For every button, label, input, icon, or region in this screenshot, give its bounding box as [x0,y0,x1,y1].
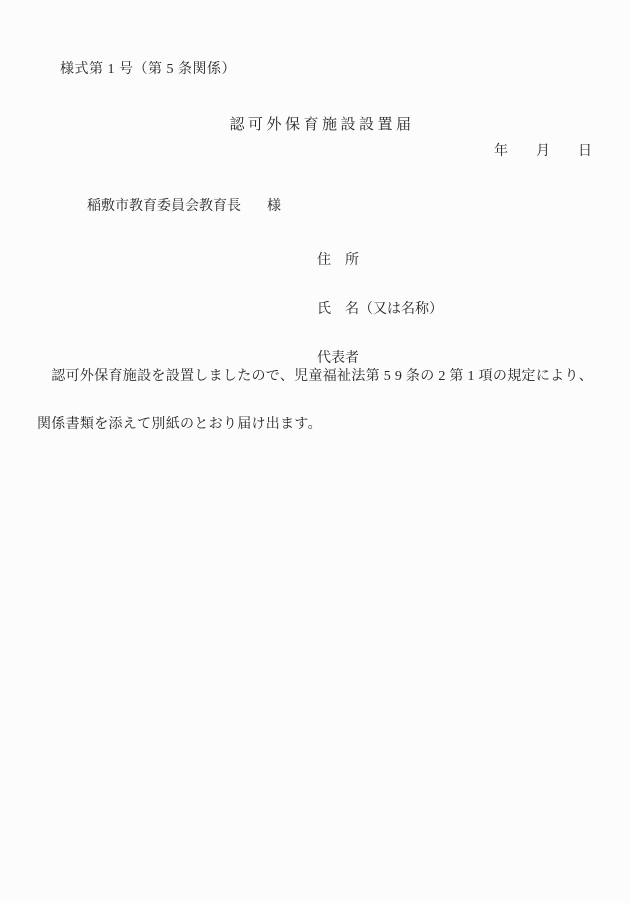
body-line-2: 関係書類を添えて別紙のとおり届け出ます。 [37,418,597,438]
document-page: 様式第 1 号（第 5 条関係） 認可外保育施設設置届 年 月 日 稲敷市教育委… [0,0,630,903]
sender-field-name: 氏 名（又は名称） [317,303,443,324]
sender-field-address: 住 所 [317,254,443,275]
document-title: 認可外保育施設設置届 [229,117,414,133]
date-line: 年 月 日 [494,145,592,159]
form-number: 様式第 1 号（第 5 条関係） [60,63,236,77]
body-line-1: 認可外保育施設を設置しましたので、児童福祉法第 5 9 条の 2 第 1 項の規… [37,370,597,390]
recipient-name: 稲敷市教育委員会教育長 [87,199,241,214]
recipient-honorific: 様 [267,200,281,214]
title-row: 認可外保育施設設置届 [0,104,630,147]
recipient-line: 稲敷市教育委員会教育長様 [73,186,281,228]
body-paragraph: 認可外保育施設を設置しましたので、児童福祉法第 5 9 条の 2 第 1 項の規… [37,342,597,465]
